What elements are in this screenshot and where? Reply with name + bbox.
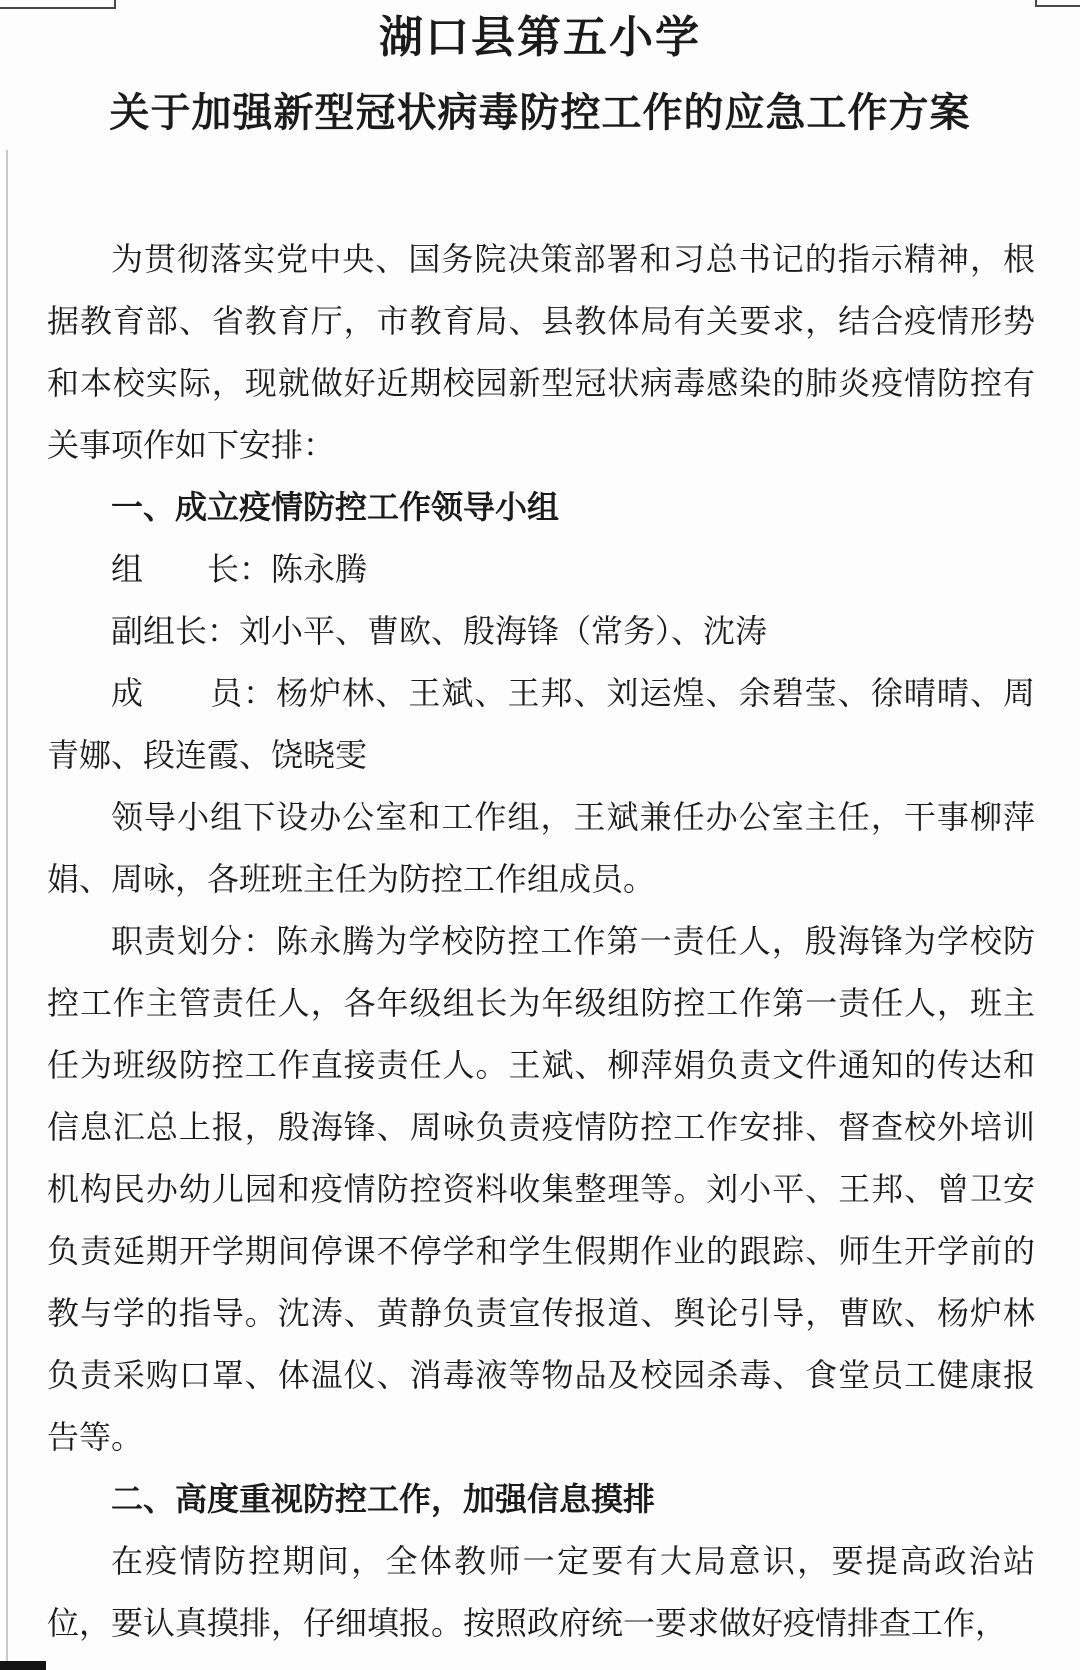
document-title: 关于加强新型冠状病毒防控工作的应急工作方案 bbox=[0, 88, 1080, 138]
scan-corner-mark-top-right bbox=[1035, 5, 1080, 7]
line-deputy-leaders: 副组长：刘小平、曹欧、殷海锋（常务）、沈涛 bbox=[47, 600, 1035, 662]
scan-corner-tick-top-right bbox=[1035, 0, 1037, 7]
scan-page-edge-line bbox=[6, 150, 8, 1662]
heading-section-1: 一、成立疫情防控工作领导小组 bbox=[47, 476, 1035, 538]
paragraph-epidemic-awareness: 在疫情防控期间，全体教师一定要有大局意识，要提高政治站位，要认真摸排，仔细填报。… bbox=[47, 1530, 1035, 1654]
scan-corner-mark-top-left bbox=[0, 7, 116, 9]
paragraph-office-setup: 领导小组下设办公室和工作组，王斌兼任办公室主任，干事柳萍娟、周咏，各班班主任为防… bbox=[47, 786, 1035, 910]
document-body: 为贯彻落实党中央、国务院决策部署和习总书记的指示精神，根据教育部、省教育厅，市教… bbox=[47, 228, 1035, 1654]
paragraph-intro: 为贯彻落实党中央、国务院决策部署和习总书记的指示精神，根据教育部、省教育厅，市教… bbox=[47, 228, 1035, 476]
line-members: 成 员：杨炉林、王斌、王邦、刘运煌、余碧莹、徐晴晴、周青娜、段连霞、饶晓雯 bbox=[47, 662, 1035, 786]
school-name-title: 湖口县第五小学 bbox=[0, 12, 1080, 64]
document-page: 湖口县第五小学 关于加强新型冠状病毒防控工作的应急工作方案 为贯彻落实党中央、国… bbox=[0, 0, 1080, 1670]
document-header: 湖口县第五小学 关于加强新型冠状病毒防控工作的应急工作方案 bbox=[0, 0, 1080, 138]
heading-section-2: 二、高度重视防控工作，加强信息摸排 bbox=[47, 1468, 1035, 1530]
scan-bottom-left-mark bbox=[0, 1661, 46, 1670]
scan-corner-tick-top-left bbox=[114, 0, 116, 9]
line-group-leader: 组 长：陈永腾 bbox=[47, 538, 1035, 600]
paragraph-duty-division: 职责划分：陈永腾为学校防控工作第一责任人，殷海锋为学校防控工作主管责任人，各年级… bbox=[47, 910, 1035, 1468]
